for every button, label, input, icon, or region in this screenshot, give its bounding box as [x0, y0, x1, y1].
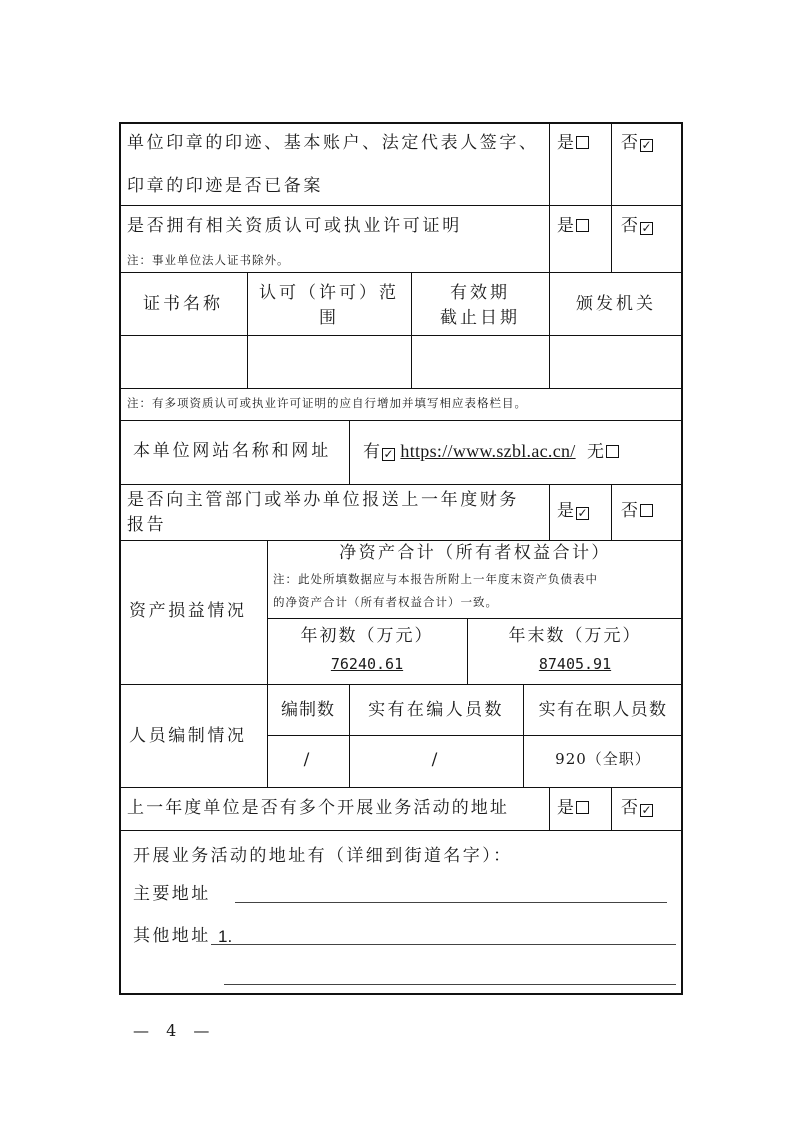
qualification-note: 注：事业单位法人证书除外。	[127, 255, 290, 267]
has-website-option[interactable]: 有✓	[363, 442, 395, 462]
divider	[267, 684, 268, 787]
cert-issuer-cell[interactable]	[549, 335, 683, 388]
divider	[267, 735, 683, 736]
begin-year-amount: 76240.61	[331, 655, 403, 673]
divider	[549, 484, 550, 540]
seal-record-label: 单位印章的印迹、基本账户、法定代表人签字、	[127, 135, 539, 152]
divider	[119, 205, 683, 206]
divider	[119, 787, 683, 788]
certificate-note: 注：有多项资质认可或执业许可证明的应自行增加并填写相应表格栏目。	[127, 398, 527, 410]
cert-header-validity: 有效期	[411, 285, 549, 302]
seal-record-no-option[interactable]: 否✓	[621, 135, 653, 152]
no-label: 否	[621, 133, 638, 153]
divider	[119, 830, 683, 831]
begin-year-value: 76240.61	[267, 656, 467, 673]
divider	[119, 420, 683, 421]
seal-record-yes-option[interactable]: 是	[557, 135, 589, 152]
checkbox-icon[interactable]	[606, 445, 619, 458]
divider	[549, 787, 550, 830]
financial-report-no-option[interactable]: 否	[621, 503, 653, 520]
divider	[119, 388, 683, 389]
assets-label: 资产损益情况	[129, 603, 247, 620]
other-address-underline	[224, 984, 676, 985]
yes-label: 是	[557, 798, 574, 818]
divider	[611, 122, 612, 272]
checkbox-checked-icon[interactable]: ✓	[640, 222, 653, 235]
website-url-link[interactable]: https://www.szbl.ac.cn/	[400, 441, 575, 461]
divider	[349, 420, 350, 484]
cert-header-validity: 截止日期	[411, 310, 549, 327]
checkbox-icon[interactable]	[576, 801, 589, 814]
qualification-no-option[interactable]: 否✓	[621, 218, 653, 235]
main-address-underline	[235, 902, 667, 903]
net-assets-header: 净资产合计（所有者权益合计）	[267, 545, 683, 562]
end-year-value: 87405.91	[467, 656, 683, 673]
actual-staff-value: /	[349, 752, 523, 769]
none-label: 无	[587, 442, 604, 462]
address-title: 开展业务活动的地址有（详细到街道名字）：	[133, 848, 513, 865]
qualification-label: 是否拥有相关资质认可或执业许可证明	[127, 218, 462, 235]
divider	[549, 122, 550, 272]
website-label: 本单位网站名称和网址	[133, 443, 331, 460]
actual-staff-header: 实有在编人员数	[349, 702, 523, 719]
divider	[119, 272, 683, 273]
divider	[523, 684, 524, 787]
cert-name-cell[interactable]	[119, 335, 247, 388]
cert-header-name: 证书名称	[119, 296, 247, 313]
employed-staff-value: 920（全职）	[523, 752, 683, 767]
divider	[119, 540, 683, 541]
no-label: 否	[621, 798, 638, 818]
divider	[119, 484, 683, 485]
net-assets-note: 的净资产合计（所有者权益合计）一致。	[273, 597, 498, 609]
begin-year-label: 年初数（万元）	[267, 628, 467, 645]
multi-address-no-option[interactable]: 否✓	[621, 800, 653, 817]
personnel-label: 人员编制情况	[129, 728, 247, 745]
page-number: — 4 —	[133, 1021, 215, 1040]
cert-validity-cell[interactable]	[411, 335, 549, 388]
cert-header-issuer: 颁发机关	[549, 296, 683, 313]
authorized-count-header: 编制数	[267, 702, 349, 719]
main-address-field[interactable]	[235, 880, 667, 902]
divider	[267, 618, 683, 619]
yes-label: 是	[557, 216, 574, 236]
yes-label: 是	[557, 133, 574, 153]
divider	[611, 484, 612, 540]
cert-header-scope: 认可（许可）范	[247, 285, 411, 302]
other-address-field-2[interactable]	[224, 962, 676, 984]
main-address-label: 主要地址	[133, 886, 211, 903]
end-year-label: 年末数（万元）	[467, 628, 683, 645]
checkbox-checked-icon[interactable]: ✓	[576, 507, 589, 520]
yes-label: 是	[557, 501, 574, 521]
authorized-count-value: /	[267, 752, 349, 769]
financial-report-yes-option[interactable]: 是✓	[557, 503, 589, 520]
net-assets-note: 注：此处所填数据应与本报告所附上一年度末资产负债表中	[273, 574, 598, 586]
multi-address-label: 上一年度单位是否有多个开展业务活动的地址	[127, 800, 509, 817]
checkbox-icon[interactable]	[640, 504, 653, 517]
website-value: 有✓ https://www.szbl.ac.cn/ 无	[363, 442, 619, 461]
other-address-label: 其他地址	[133, 928, 211, 945]
has-label: 有	[363, 442, 380, 462]
no-website-option[interactable]: 无	[587, 442, 619, 462]
no-label: 否	[621, 501, 638, 521]
no-label: 否	[621, 216, 638, 236]
checkbox-checked-icon[interactable]: ✓	[640, 804, 653, 817]
other-address-field-1[interactable]	[230, 922, 676, 944]
financial-report-label: 报告	[127, 517, 166, 534]
financial-report-label: 是否向主管部门或举办单位报送上一年度财务	[127, 492, 519, 509]
checkbox-icon[interactable]	[576, 219, 589, 232]
qualification-yes-option[interactable]: 是	[557, 218, 589, 235]
multi-address-yes-option[interactable]: 是	[557, 800, 589, 817]
checkbox-checked-icon[interactable]: ✓	[382, 448, 395, 461]
checkbox-icon[interactable]	[576, 136, 589, 149]
employed-staff-header: 实有在职人员数	[523, 702, 683, 719]
seal-record-label: 印章的印迹是否已备案	[127, 178, 323, 195]
divider	[611, 787, 612, 830]
divider	[119, 684, 683, 685]
cert-scope-cell[interactable]	[247, 335, 411, 388]
end-year-amount: 87405.91	[539, 655, 611, 673]
divider	[349, 684, 350, 787]
cert-header-scope: 围	[247, 310, 411, 327]
other-address-underline	[211, 944, 676, 945]
checkbox-checked-icon[interactable]: ✓	[640, 139, 653, 152]
